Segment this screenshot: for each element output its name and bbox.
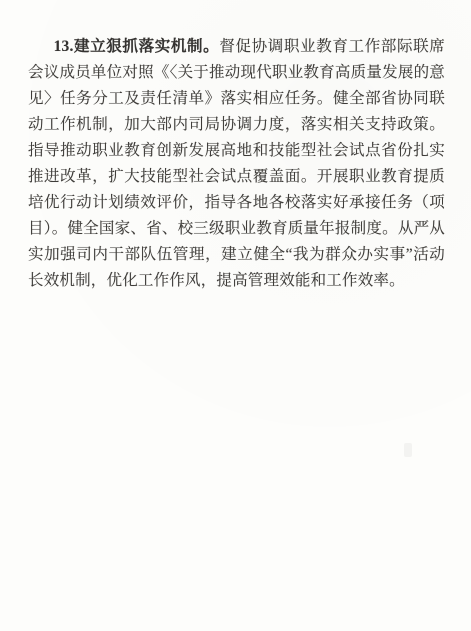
paragraph-body: 督促协调职业教育工作部际联席会议成员单位对照《〈关于推动现代职业教育高质量发展的… (28, 38, 445, 289)
scan-artifact (404, 443, 412, 457)
paragraph-heading: 13.建立狠抓落实机制。 (54, 38, 220, 55)
document-page: 13.建立狠抓落实机制。督促协调职业教育工作部际联席会议成员单位对照《〈关于推动… (0, 0, 471, 631)
paragraph-item-13: 13.建立狠抓落实机制。督促协调职业教育工作部际联席会议成员单位对照《〈关于推动… (28, 34, 445, 294)
